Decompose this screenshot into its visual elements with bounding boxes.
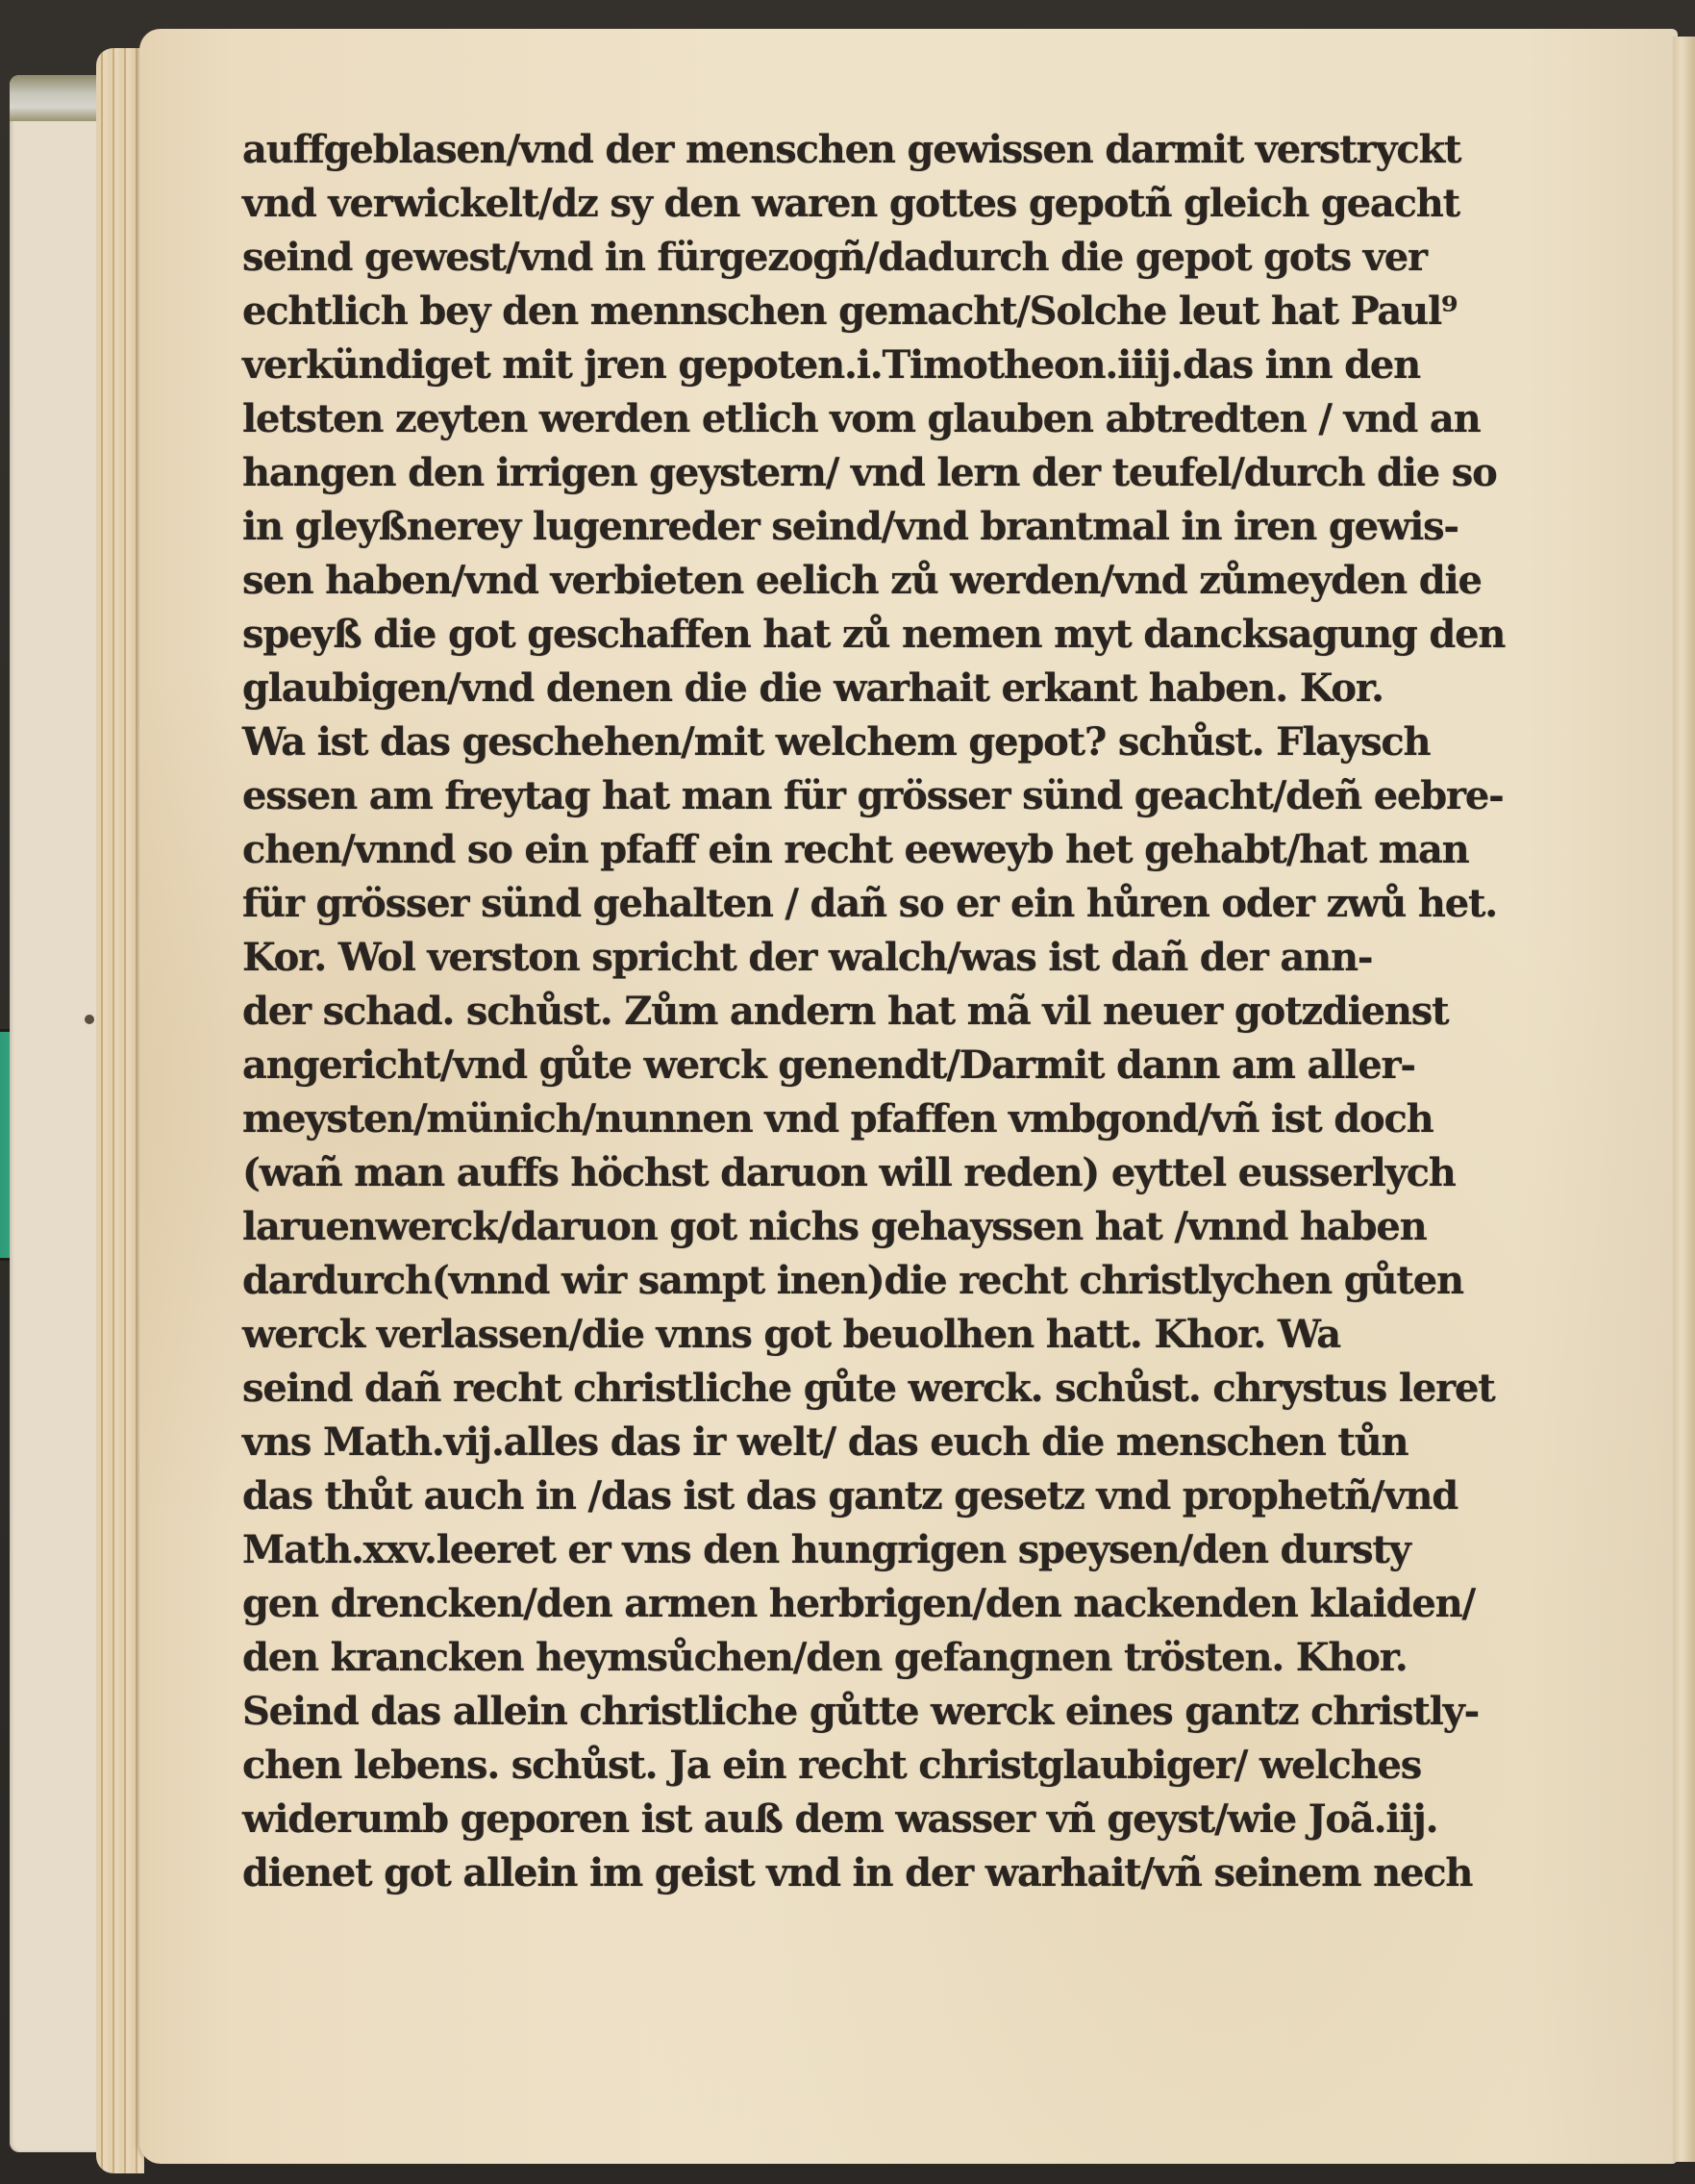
text-line: angericht/vnd gůte werck genendt/Darmit … [242,1039,1531,1092]
text-line: echtlich bey den mennschen gemacht/Solch… [242,285,1531,339]
text-line: das thůt auch in /das ist das gantz gese… [242,1469,1531,1523]
text-line: Wa ist das geschehen/mit welchem gepot? … [242,715,1531,769]
text-line: Kor. Wol verston spricht der walch/was i… [242,931,1531,985]
text-line: sen haben/vnd verbieten eelich zů werden… [242,554,1531,608]
text-line: essen am freytag hat man für grösser sün… [242,769,1531,823]
page-right-edge [1673,37,1695,2162]
text-block: auffgeblasen/vnd der menschen gewissen d… [242,123,1531,1900]
text-line: auffgeblasen/vnd der menschen gewissen d… [242,123,1531,177]
text-line: hangen den irrigen geystern/ vnd lern de… [242,446,1531,500]
ink-spot [85,1015,94,1024]
text-line: vnd verwickelt/dz sy den waren gottes ge… [242,177,1531,231]
text-line: chen/vnnd so ein pfaff ein recht eeweyb … [242,823,1531,877]
text-line: letsten zeyten werden etlich vom glauben… [242,392,1531,446]
page-block-edges [96,48,144,2173]
book-cover-endpaper [10,75,106,2152]
text-line: laruenwerck/daruon got nichs gehayssen h… [242,1200,1531,1254]
text-line: für grösser sünd gehalten / dañ so er ei… [242,877,1531,931]
text-line: (wañ man auffs höchst daruon will reden)… [242,1146,1531,1200]
text-line: werck verlassen/die vnns got beuolhen ha… [242,1308,1531,1362]
text-line: meysten/münich/nunnen vnd pfaffen vmbgon… [242,1092,1531,1146]
text-line: in gleyßnerey lugenreder seind/vnd brant… [242,500,1531,554]
text-line: seind dañ recht christliche gůte werck. … [242,1362,1531,1416]
text-line: der schad. schůst. Zům andern hat mã vil… [242,985,1531,1039]
text-line: dienet got allein im geist vnd in der wa… [242,1846,1531,1900]
text-line: vns Math.vij.alles das ir welt/ das euch… [242,1416,1531,1469]
text-line: widerumb geporen ist auß dem wasser vñ g… [242,1793,1531,1846]
text-line: seind gewest/vnd in fürgezogñ/dadurch di… [242,231,1531,285]
text-line: glaubigen/vnd denen die die warhait erka… [242,662,1531,715]
text-line: chen lebens. schůst. Ja ein recht christ… [242,1739,1531,1793]
text-line: Seind das allein christliche gůtte werck… [242,1685,1531,1739]
text-line: gen drencken/den armen herbrigen/den nac… [242,1577,1531,1631]
text-line: Math.xxv.leeret er vns den hungrigen spe… [242,1523,1531,1577]
text-line: den krancken heymsůchen/den gefangnen tr… [242,1631,1531,1685]
text-line: speyß die got geschaffen hat zů nemen my… [242,608,1531,662]
text-line: verkündiget mit jren gepoten.i.Timotheon… [242,339,1531,392]
text-line: dardurch(vnnd wir sampt inen)die recht c… [242,1254,1531,1308]
